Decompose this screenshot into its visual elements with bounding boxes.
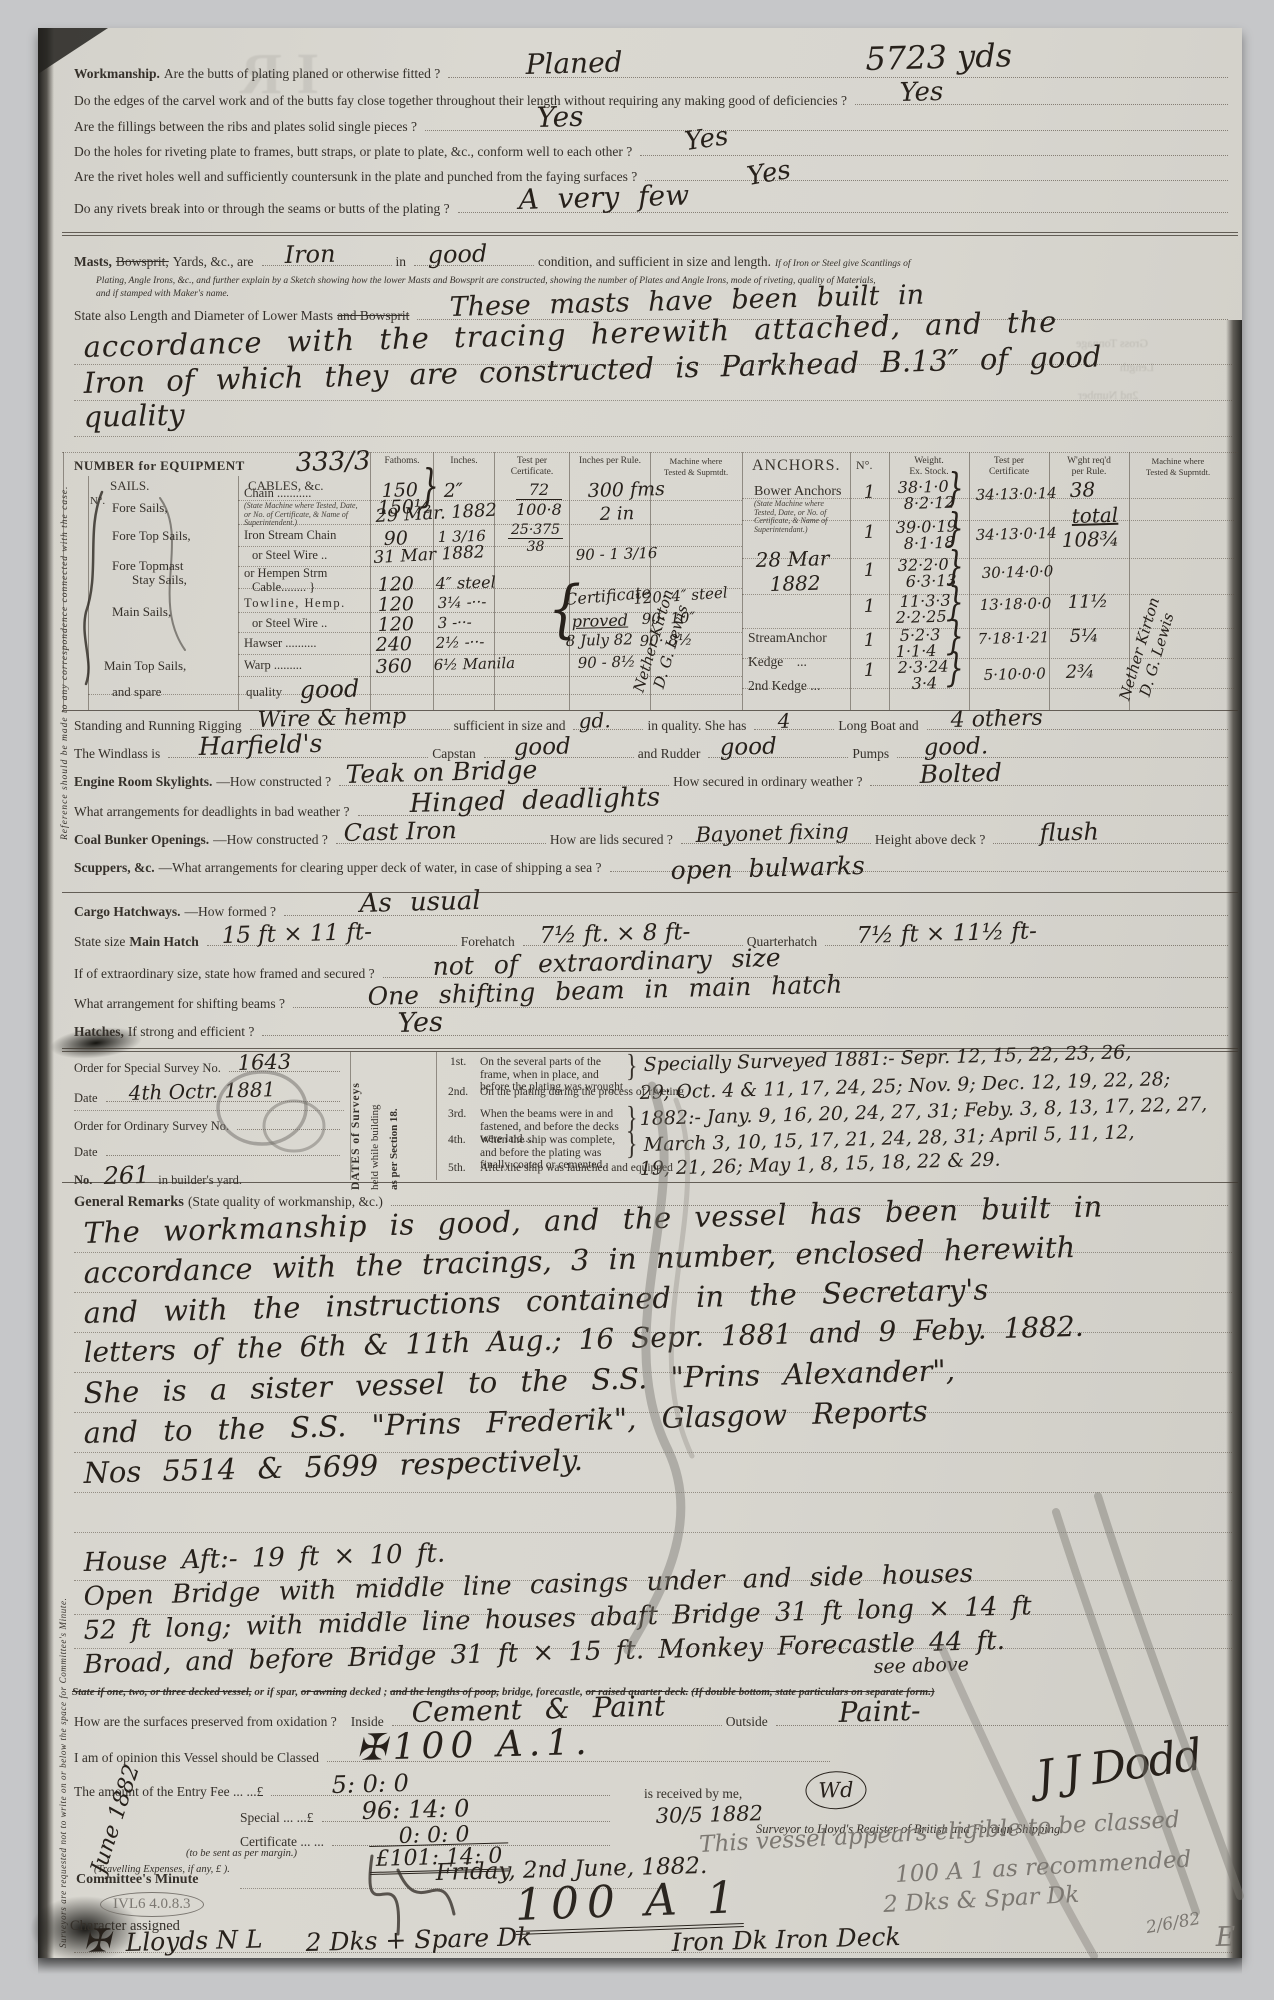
masts-fineprint: If of Iron or Steel give Scantlings of: [775, 259, 911, 269]
scan-left-edge: [38, 28, 54, 1958]
hw-anchor-weight: 3·4: [912, 673, 938, 693]
hw-answer: flush: [1040, 817, 1100, 847]
sail-row: Stay Sails,: [132, 572, 187, 588]
hw-note: 8 July 82: [566, 630, 634, 650]
hw-inches: 2″: [443, 480, 463, 502]
hw-brace: }: [946, 645, 964, 691]
anchor-label-stream: StreamAnchor: [748, 630, 827, 646]
sail-row: and spare: [112, 684, 161, 700]
hw-inches: 2½ -··-: [436, 633, 485, 652]
hw-rule: 90 - 1 3/16: [576, 544, 658, 564]
handwritten-note-yardage: 5723 yds: [865, 36, 1013, 78]
section-rule: [62, 892, 1238, 893]
answer-line: open bulwarks: [610, 858, 1228, 872]
survey-item-ordinal: 1st.: [450, 1056, 466, 1068]
handwritten-answer: A very few: [518, 179, 689, 216]
hw-answer: Hinged deadlights: [409, 782, 660, 819]
anchor-label-kedge2: 2nd Kedge ...: [748, 678, 820, 694]
table-line: [889, 452, 890, 710]
hw-answer: Yes: [397, 1007, 443, 1039]
hw-character-society: Lloyds N L: [125, 1924, 263, 1957]
question-line: Are the fillings between the ribs and pl…: [74, 117, 1232, 135]
masts-label: Masts,: [74, 254, 112, 270]
label: Outside: [726, 1714, 768, 1730]
label: No.: [74, 1173, 92, 1188]
row-line: [238, 546, 742, 547]
answer-line: good.: [897, 744, 1228, 758]
cable-row: or Steel Wire ..: [252, 616, 327, 631]
question-line: Workmanship. Are the butts of plating pl…: [74, 64, 1232, 82]
label: Order for Ordinary Survey No.: [74, 1119, 229, 1134]
special-survey-date: Date 4th Octr. 1881: [74, 1088, 344, 1106]
bleedthrough-word: Length: [1120, 360, 1154, 375]
hw-answer: 15 ft × 11 ft-: [221, 919, 372, 949]
cable-row: Towline, Hemp.: [244, 596, 346, 611]
cable-row: Hawser ..........: [244, 636, 317, 651]
answer-line: A very few: [458, 199, 1228, 213]
answer-line: good: [708, 744, 848, 758]
hatches-line: Hatches,If strong and efficient ? Yes: [74, 1022, 1232, 1040]
cable-row: Chain ...........: [244, 486, 311, 501]
hw-anchor-req: 108¾: [1061, 527, 1119, 552]
hw-answer: gd.: [578, 708, 611, 733]
hw-inches: 3 -··-: [438, 613, 472, 632]
hw-character-irondeck: Iron Dk Iron Deck: [671, 1922, 901, 1957]
label: sufficient in size and: [454, 718, 566, 734]
sail-row: Fore Sails,: [112, 500, 168, 516]
masts-struck-bowsprit: Bowsprit,: [116, 254, 169, 270]
survey-item-ordinal: 5th.: [448, 1162, 466, 1174]
vertical-dates-label: as per Section 18.: [388, 1108, 400, 1190]
label: —What arrangements for clearing upper de…: [159, 860, 602, 876]
hw-answer: good: [719, 734, 777, 761]
brace: }: [626, 1128, 638, 1163]
cable-row: Warp .........: [244, 658, 302, 673]
handwritten-answer: Planed: [525, 45, 623, 81]
answer-line: Bolted: [870, 772, 1228, 786]
table-line: [370, 452, 371, 710]
col-header-sails: SAILS.: [110, 480, 149, 491]
equipment-number: 333/3: [295, 446, 371, 478]
handwritten-good: good: [428, 239, 488, 269]
handwritten-answer: Yes: [683, 121, 730, 157]
hw-anchor-date: 1882: [769, 571, 821, 596]
hw-class: ✠100 A.1.: [356, 1722, 593, 1769]
hw-answer: Cast Iron: [344, 816, 458, 847]
rule: [74, 1110, 344, 1111]
survey-item-ordinal: 3rd.: [448, 1108, 466, 1120]
table-line: [238, 476, 239, 710]
label: How are the surfaces preserved from oxid…: [74, 1714, 337, 1730]
ordinary-survey-line: Order for Ordinary Survey No.: [74, 1116, 344, 1134]
answer-line: 1643: [229, 1058, 340, 1072]
hw-anchor-req: 38: [1069, 477, 1095, 502]
answer-line: Hinged deadlights: [358, 802, 1228, 816]
col-header-inches-rule: Inches per Rule.: [572, 456, 648, 467]
hw-answer: 4 others: [950, 706, 1043, 733]
masts-text: condition, and sufficient in size and le…: [538, 254, 771, 270]
masts-text: in: [396, 254, 407, 270]
hw-inches: 3¼ -··-: [438, 593, 487, 612]
table-line: [969, 452, 970, 710]
hw-answer: Harfield's: [199, 729, 324, 761]
margin-note-reference: Reference should be made to any correspo…: [60, 280, 70, 840]
answer-line: Yes: [855, 91, 1228, 105]
hw-test-fraction: 25·37538: [508, 522, 563, 555]
struck-text: or awning: [301, 1686, 347, 1698]
question-line: Do the edges of the carvel work and of t…: [74, 91, 1232, 109]
hw-see-above: see above: [873, 1654, 969, 1678]
hw-anchor-weight: 2·2·25: [896, 607, 947, 627]
masts-fineprint: and if stamped with Maker's name.: [96, 289, 229, 299]
answer-line: Cast Iron: [336, 830, 546, 844]
coal-bunker-line: Coal Bunker Openings.—How constructed ? …: [74, 830, 1232, 848]
label: Engine Room Skylights.: [74, 774, 212, 790]
answer-line: ✠100 A.1.: [327, 1748, 830, 1762]
label: I am of opinion this Vessel should be Cl…: [74, 1750, 319, 1766]
deadlights-line: What arrangements for deadlights in bad …: [74, 802, 1232, 820]
survey-item-ordinal: 2nd.: [448, 1086, 468, 1098]
answer-line: Planed: [448, 64, 1228, 78]
hw-note: proved: [572, 611, 629, 631]
label: State size: [74, 934, 125, 950]
cable-row: or Hempen Strm: [244, 566, 327, 581]
special-survey-line: Order for Special Survey No. 1643: [74, 1058, 344, 1076]
answer-line: 15 ft × 11 ft-: [207, 932, 457, 946]
answer-line: good: [414, 252, 534, 266]
received-label: is received by me,: [644, 1786, 742, 1802]
answer-line: 4 others: [927, 716, 1228, 730]
answer-line: 7½ ft × 11½ ft-: [825, 932, 1228, 946]
col-header-anchors: ANCHORS.: [752, 460, 840, 471]
label: How secured in ordinary weather ?: [673, 774, 862, 790]
answer-line: [237, 1116, 340, 1130]
label: Special ... ...£: [240, 1810, 314, 1826]
rule: [74, 400, 1232, 401]
received-date: 30/5 1882: [655, 1801, 763, 1828]
col-header-anchor-test: Test perCertificate: [972, 456, 1046, 478]
ordinary-survey-date: Date: [74, 1142, 344, 1160]
answer-line: Yes: [645, 167, 1228, 181]
masts-text: Yards, &c., are: [173, 254, 254, 270]
hw-anchor-no: 1: [863, 560, 875, 581]
kept-text: decked ;: [350, 1686, 388, 1698]
section-rule: [62, 1182, 1238, 1183]
label: Height above deck ?: [875, 832, 986, 848]
label: Forehatch: [461, 934, 515, 950]
question-label: Workmanship.: [74, 66, 160, 82]
label: —How formed ?: [185, 904, 276, 920]
hw-anchor-date: 28 Mar: [755, 546, 829, 572]
hw-answer: 1643: [237, 1050, 291, 1075]
classed-line: I am of opinion this Vessel should be Cl…: [74, 1748, 834, 1766]
hw-answer: 4th Octr. 1881: [128, 1077, 275, 1105]
kept-text: or if spar,: [254, 1686, 298, 1698]
rule: [74, 1532, 1232, 1533]
hw-answer: good.: [923, 733, 988, 761]
answer-line: As usual: [284, 902, 1228, 916]
yard-number-line: No. 261 in builder's yard.: [74, 1162, 344, 1190]
section-divider: [62, 232, 1238, 233]
cargo-hatchways-line: Cargo Hatchways.—How formed ? As usual: [74, 902, 1232, 920]
question-line: Do the holes for riveting plate to frame…: [74, 142, 1232, 160]
hw-fathoms: 360: [375, 655, 412, 678]
answer-line: Yes: [425, 117, 1228, 131]
sail-row: Main Sails,: [112, 604, 171, 620]
hw-anchor-test: 7·18·1·21: [978, 628, 1050, 648]
pencil-code: IVL6 4.0.8.3: [100, 1892, 204, 1917]
answer-line: Harfield's: [168, 744, 428, 758]
section-divider: [62, 235, 1238, 236]
question-text: Are the fillings between the ribs and pl…: [74, 119, 417, 135]
label: What arrangement for shifting beams ?: [74, 996, 285, 1012]
label: How are lids secured ?: [550, 832, 673, 848]
masts-fineprint: Plating, Angle Irons, &c., and further e…: [96, 276, 1236, 286]
sail-row: Main Top Sails,: [104, 658, 186, 674]
entry-fee-line: The amount of the Entry Fee ... ...£ 5: …: [74, 1782, 614, 1800]
anchor-label-kedge: Kedge ...: [748, 654, 807, 670]
table-line: [88, 476, 89, 710]
label: The Windlass is: [74, 746, 160, 762]
table-line: [63, 452, 64, 710]
handwritten-iron: Iron: [284, 240, 336, 269]
answer-line: flush: [993, 830, 1228, 844]
hw-anchor-test: 34·13·0·14: [976, 484, 1058, 504]
hw-anchor-no: 1: [863, 482, 875, 503]
paper-bottom-shadow: [38, 1958, 1242, 1974]
answer-line: Yes: [640, 142, 1228, 156]
label: Date: [74, 1145, 98, 1160]
hw-answer: Bayonet fixing: [695, 819, 849, 847]
question-text: Are the butts of plating planed or other…: [164, 66, 440, 82]
hw-anchor-no: 1: [863, 660, 875, 681]
hw-inches: 6½ Manila: [434, 654, 516, 674]
answer-line: 96: 14: 0: [322, 1808, 611, 1822]
masts-state-label: State also Length and Diameter of Lower …: [74, 308, 333, 324]
brace: }: [626, 1050, 638, 1085]
scanned-survey-document: I R Gross Tonnage Length 2nd Number Refe…: [0, 0, 1274, 2000]
label: Main Hatch: [129, 934, 198, 950]
answer-line: Bayonet fixing: [681, 830, 871, 844]
hw-answer: 4: [778, 709, 791, 733]
col-header-machine: Machine whereTested & Suprntdt.: [652, 456, 740, 478]
hw-character-cross: ✠: [83, 1921, 111, 1960]
table-title: NUMBER for EQUIPMENT: [74, 458, 245, 474]
hw-anchor-test: 30·14·0·0: [982, 562, 1054, 582]
hw-answer: 7½ ft × 11½ ft-: [857, 918, 1038, 949]
hw-rule: 300 fms: [587, 478, 665, 502]
answer-line: [106, 1142, 340, 1156]
label: Coal Bunker Openings.: [74, 832, 209, 848]
cable-fineprint: (State Machine where Tested, Date, or No…: [244, 502, 366, 528]
hw-anchor-req: 2¾: [1065, 661, 1094, 683]
answer-line: Wire & hemp: [250, 716, 450, 730]
sail-row: Fore Top Sails,: [112, 528, 191, 544]
label: What arrangements for deadlights in bad …: [74, 804, 350, 820]
answer-line: Iron: [262, 252, 392, 266]
label: Cargo Hatchways.: [74, 904, 181, 920]
hw-amount: 96: 14: 0: [361, 1794, 469, 1825]
answer-line: gd.: [573, 716, 643, 730]
hw-answer: Teak on Bridge: [345, 755, 537, 789]
table-line: [850, 452, 851, 710]
label: Date: [74, 1091, 98, 1106]
hw-rule: 90 - 8½: [578, 652, 636, 672]
anchor-fineprint: (State Machine where Tested, Date, or No…: [754, 500, 842, 534]
quality-label: quality: [246, 684, 282, 700]
oxidation-line: How are the surfaces preserved from oxid…: [74, 1712, 1232, 1730]
handwritten-answer: Yes: [537, 100, 585, 134]
table-line: [742, 452, 743, 710]
hw-yard-no: 261: [104, 1161, 151, 1190]
question-text: Do any rivets break into or through the …: [74, 201, 450, 217]
label: Hatches,: [74, 1024, 124, 1040]
label: Order for Special Survey No.: [74, 1061, 221, 1076]
label: Scuppers, &c.: [74, 860, 155, 876]
hw-anchor-req: total: [1071, 503, 1118, 528]
cable-row: or Steel Wire ..: [252, 548, 327, 563]
hw-big-class: 100 A 1: [514, 1872, 744, 1935]
committee-minute-label: Committee's Minute: [76, 1872, 198, 1888]
hw-answer: Bolted: [920, 758, 1003, 789]
label: The amount of the Entry Fee ... ...£: [74, 1784, 263, 1800]
shifting-beams-line: What arrangement for shifting beams ? On…: [74, 994, 1232, 1012]
question-text: Do the edges of the carvel work and of t…: [74, 93, 847, 109]
answer-line: 4th Octr. 1881: [106, 1088, 340, 1102]
col-header-machine2: Machine whereTested & Suprntdt.: [1132, 456, 1224, 478]
hw-character-decks: 2 Dks + Spare Dk: [305, 1922, 532, 1957]
handwritten-quality: good: [299, 674, 359, 704]
hw-answer: Wire & hemp: [257, 704, 406, 733]
vertical-dates-label: DATES of Surveys: [350, 1082, 362, 1190]
pencil-char-e: E: [1215, 1921, 1236, 1953]
windlass-line: The Windlass is Harfield's Capstan good …: [74, 744, 1232, 762]
hw-anchor-no: 1: [863, 596, 875, 617]
hw-anchor-no: 1: [863, 630, 875, 651]
cable-row: Cable........ }: [252, 580, 315, 595]
row-line: [88, 694, 742, 695]
label: in builder's yard.: [158, 1173, 242, 1188]
question-line: Do any rivets break into or through the …: [74, 199, 1232, 217]
col-header-wght-reqd: W'ght req'dper Rule.: [1052, 456, 1126, 478]
label: in quality. She has: [647, 718, 746, 734]
hw-answer: 7½ ft. × 8 ft-: [540, 919, 691, 949]
handwritten-masts-remark: quality: [83, 397, 185, 434]
label: Pumps: [852, 746, 889, 762]
label: (State quality of workmanship, &c.): [188, 1194, 383, 1210]
hw-rule: 2 in: [599, 503, 634, 525]
col-header-anchor-no: N°.: [856, 460, 872, 471]
label: If strong and efficient ?: [128, 1024, 254, 1040]
label: and Rudder: [638, 746, 701, 762]
table-bottom-rule: [62, 710, 1238, 711]
box-line: [436, 1052, 437, 1180]
survey-item-ordinal: 4th.: [448, 1134, 466, 1146]
label: Long Boat and: [838, 718, 918, 734]
answer-line: Paint-: [776, 1712, 1228, 1726]
vertical-dates-label: held while building: [369, 1104, 381, 1190]
rule: [74, 1492, 1232, 1493]
masts-line: Masts, Bowsprit, Yards, &c., are Iron in…: [74, 252, 1232, 270]
hw-fathoms: 240: [375, 633, 412, 656]
hw-anchor-test: 13·18·0·0: [980, 594, 1052, 614]
question-text: Do the holes for riveting plate to frame…: [74, 144, 632, 160]
label: —How constructed ?: [216, 774, 331, 790]
hw-test-fraction: 72100·8: [516, 480, 562, 519]
hw-amount: 5: 0: 0: [332, 1769, 410, 1799]
col-header-no: N°.: [90, 496, 105, 507]
margin-note-surveyors: Surveyors are requested not to write on …: [58, 1528, 68, 1948]
rule: [74, 436, 1232, 437]
col-header-inches: Inches.: [436, 456, 492, 467]
handwritten-answer: Yes: [899, 77, 943, 108]
margin-send-note: (to be sent as per margin.): [186, 1848, 297, 1859]
scuppers-line: Scuppers, &c.—What arrangements for clea…: [74, 858, 1232, 876]
label: If of extraordinary size, state how fram…: [74, 966, 375, 982]
answer-line: Yes: [262, 1022, 1228, 1036]
col-header-testcert: Test perCertificate.: [498, 456, 566, 478]
answer-line: 4: [754, 716, 834, 730]
hw-inches: 4″ steel: [436, 572, 496, 593]
hw-anchor-req: 5¼: [1069, 625, 1098, 647]
hw-answer: As usual: [359, 886, 481, 919]
hw-anchor-test: 34·13·0·14: [976, 524, 1058, 544]
label: General Remarks: [74, 1194, 184, 1211]
struck-text: State if one, two, or three decked vesse…: [72, 1686, 252, 1698]
hw-answer: open bulwarks: [671, 851, 866, 885]
hw-anchor-req: 11½: [1067, 591, 1108, 613]
answer-line: 5: 0: 0: [271, 1782, 610, 1796]
cable-row: Iron Stream Chain: [244, 528, 336, 543]
hw-answer: Paint-: [838, 1694, 921, 1729]
hw-anchor-no: 1: [863, 522, 875, 543]
anchor-label-bower: Bower Anchors: [754, 484, 842, 500]
answer-line: One shifting beam in main hatch: [293, 994, 1228, 1008]
label: —How constructed ?: [213, 832, 328, 848]
hw-anchor-test: 5·10·0·0: [984, 664, 1046, 684]
